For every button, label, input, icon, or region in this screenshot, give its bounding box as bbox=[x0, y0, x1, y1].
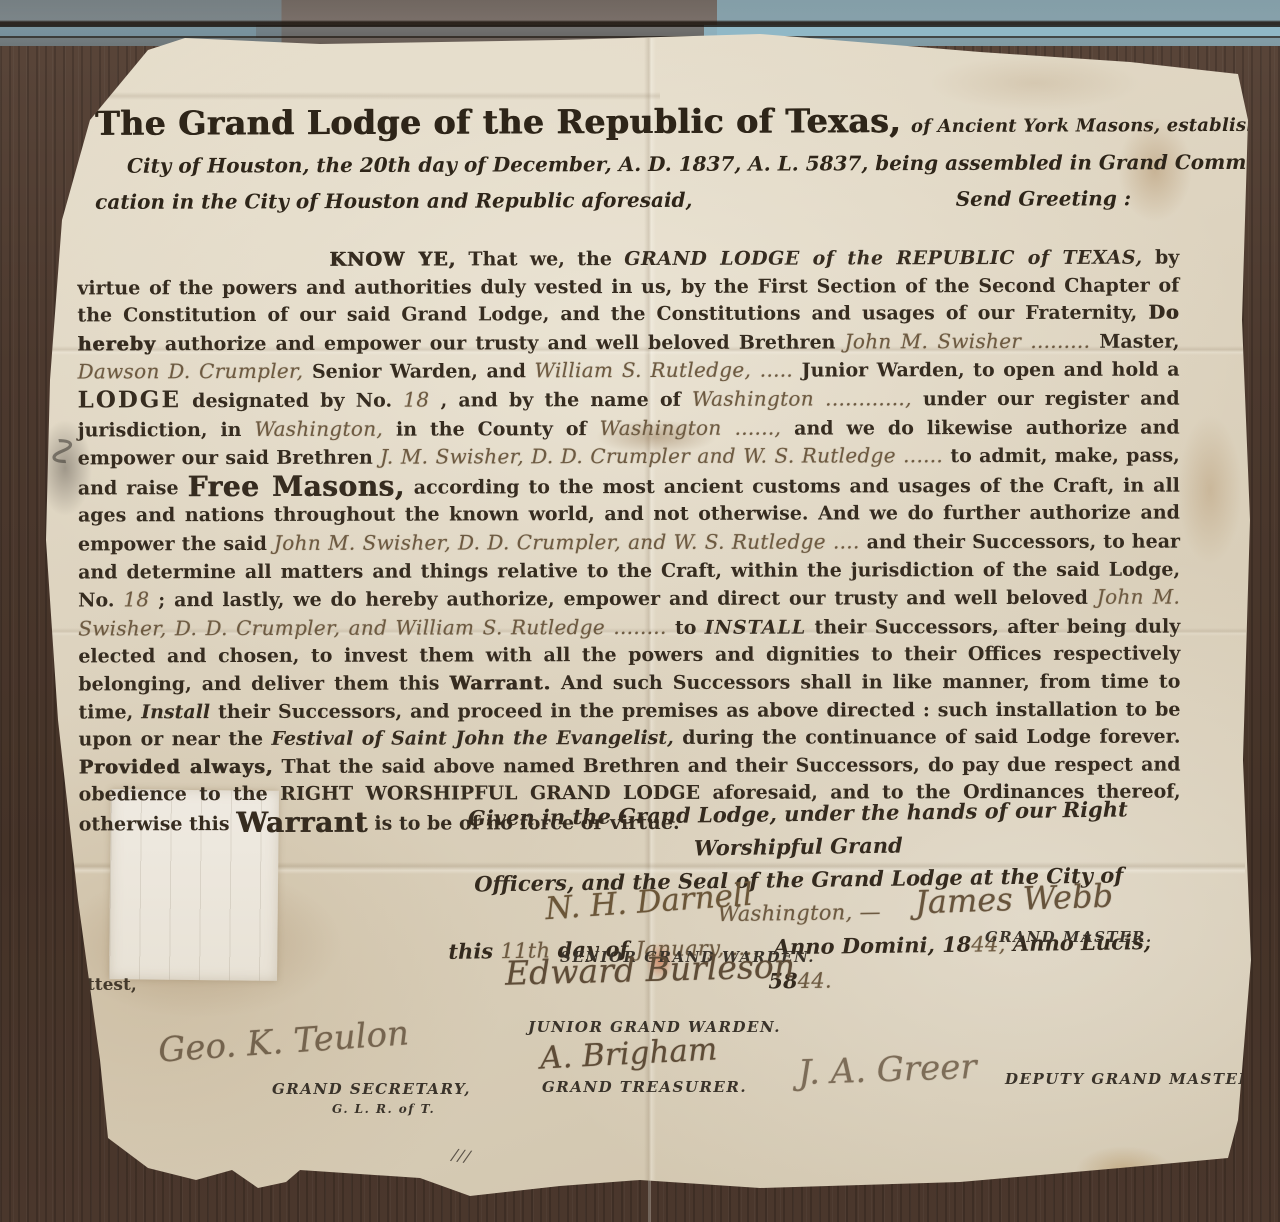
label-junior-grand-warden: JUNIOR GRAND WARDEN. bbox=[528, 1018, 781, 1036]
handwritten-name: J. M. Swisher, D. D. Crumpler and W. S. … bbox=[380, 443, 943, 468]
printed-text: Master, bbox=[1090, 330, 1179, 352]
table-rail-groove bbox=[0, 25, 1280, 38]
handwritten-year: 44. bbox=[797, 969, 832, 993]
send-greeting: Send Greeting : bbox=[956, 186, 1132, 211]
handwritten-name: William S. Rutledge, ..... bbox=[534, 358, 793, 383]
printed-text: during the continuance of said Lodge for… bbox=[674, 726, 1181, 749]
given-line-1: Given in the Grand Lodge, under the hand… bbox=[424, 792, 1173, 868]
printed-text: Warrant bbox=[236, 806, 368, 839]
label-grand-treasurer: GRAND TREASURER. bbox=[542, 1078, 747, 1096]
body-paragraph: KNOW YE, That we, the GRAND LODGE of the… bbox=[77, 245, 1181, 839]
horizontal-fold-crease bbox=[40, 92, 660, 100]
printed-text: Junior Warden, to open and hold a bbox=[793, 359, 1180, 382]
handwritten-name: Washington, bbox=[254, 416, 383, 440]
handwritten-name: Dawson D. Crumpler, bbox=[78, 359, 304, 384]
signature-grand-secretary: Geo. K. Teulon bbox=[157, 1013, 410, 1070]
printed-text: INSTALL bbox=[705, 616, 807, 638]
printed-text: Install bbox=[141, 701, 210, 723]
label-grand-master: GRAND MASTER. bbox=[985, 928, 1153, 946]
header-line-3-text: cation in the City of Houston and Republ… bbox=[95, 188, 692, 214]
signature-junior-grand-warden: Edward Burleson bbox=[505, 946, 796, 993]
document-title: The Grand Lodge of the Republic of Texas… bbox=[95, 101, 901, 143]
handwritten-number: 18 bbox=[123, 587, 149, 611]
handwritten-name: John M. Swisher, D. D. Crumpler, and W. … bbox=[274, 529, 860, 555]
attest-label: Attest, bbox=[74, 975, 137, 995]
blackletter-text: KNOW YE, bbox=[329, 248, 456, 270]
title-suffix: of Ancient York Masons, established in t… bbox=[911, 115, 1280, 138]
handwritten-number: 18 bbox=[403, 387, 429, 411]
parchment-document: ∿ The Grand Lodge of the Republic of Tex… bbox=[0, 0, 1280, 1222]
signature-grand-master: James Webb bbox=[914, 877, 1113, 922]
printed-text: Senior Warden, and bbox=[303, 361, 534, 384]
printed-text: GRAND LODGE of the REPUBLIC of TEXAS, bbox=[624, 247, 1142, 270]
stain bbox=[1178, 415, 1242, 565]
blackletter-text: Warrant. bbox=[449, 672, 551, 694]
label-grand-lodge-abbreviation: G. L. R. of T. bbox=[332, 1102, 435, 1116]
handwritten-name: Washington ............, bbox=[692, 386, 912, 411]
header-line-1: The Grand Lodge of the Republic of Texas… bbox=[95, 100, 1183, 143]
bottom-tally-mark: /// bbox=[451, 1145, 473, 1166]
printed-text: That we, the bbox=[456, 248, 624, 270]
handwritten-name: John M. Swisher ......... bbox=[845, 329, 1091, 354]
printed-text: authorize and empower our trusty and wel… bbox=[156, 331, 845, 355]
photo-of-warrant-document: ∿ The Grand Lodge of the Republic of Tex… bbox=[0, 0, 1280, 1222]
document-header: The Grand Lodge of the Republic of Texas… bbox=[95, 100, 1183, 214]
printed-text: LODGE bbox=[78, 386, 181, 413]
printed-text: , and by the name of bbox=[429, 389, 692, 412]
header-line-3: cation in the City of Houston and Republ… bbox=[95, 186, 1183, 214]
header-line-2: City of Houston, the 20th day of Decembe… bbox=[127, 150, 1183, 178]
handwritten-name: Washington ......, bbox=[600, 415, 782, 439]
printed-text: this bbox=[448, 938, 500, 964]
printed-text: Free Masons, bbox=[187, 469, 404, 503]
label-deputy-grand-master: DEPUTY GRAND MASTER. bbox=[1005, 1070, 1259, 1088]
label-grand-secretary: GRAND SECRETARY, bbox=[272, 1080, 471, 1098]
printed-text: ; and lastly, we do hereby authorize, em… bbox=[149, 587, 1096, 611]
printed-text: to bbox=[667, 617, 705, 639]
signature-deputy-grand-master: J. A. Greer bbox=[797, 1047, 977, 1093]
printed-text: in the County of bbox=[383, 418, 600, 441]
stain bbox=[1076, 1146, 1172, 1194]
blackletter-text: Provided always, bbox=[79, 756, 274, 779]
printed-text: Festival of Saint John the Evangelist, bbox=[271, 727, 673, 750]
printed-text: designated by No. bbox=[181, 390, 403, 413]
signature-grand-treasurer: A. Brigham bbox=[539, 1031, 718, 1076]
